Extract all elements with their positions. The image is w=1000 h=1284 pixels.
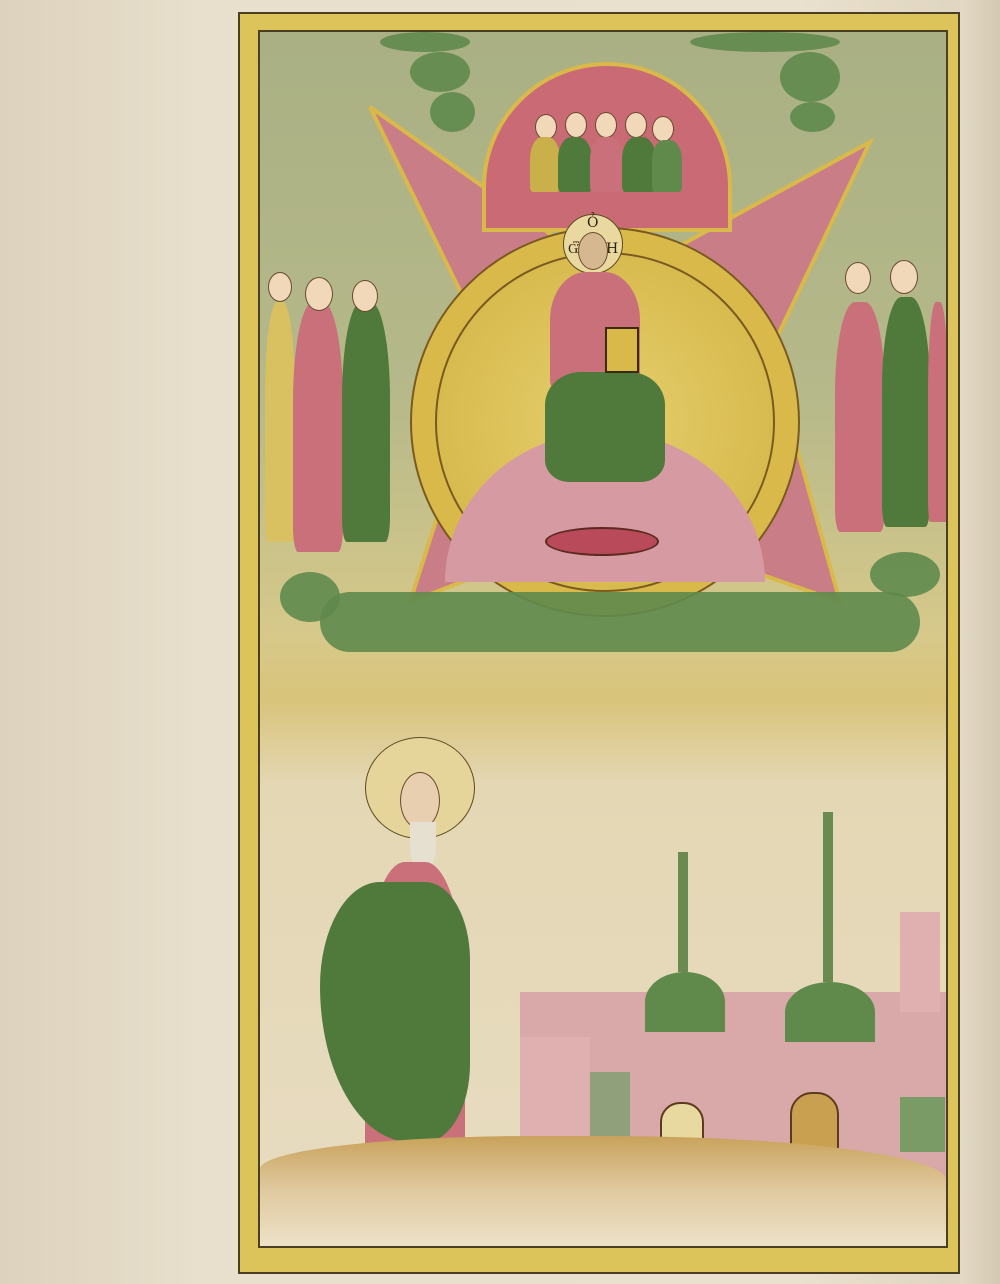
robe <box>622 137 656 192</box>
figure-head <box>595 112 617 138</box>
page-edge <box>960 0 1000 1284</box>
christ-head <box>578 232 608 270</box>
robe <box>928 302 948 522</box>
robe <box>882 297 930 527</box>
figure-head <box>845 262 871 294</box>
robe <box>590 137 624 192</box>
robe <box>558 137 592 192</box>
saint-mantle <box>320 882 470 1142</box>
tower <box>900 912 940 1012</box>
cloud-band <box>320 592 920 652</box>
figure-head <box>652 116 674 142</box>
figure-head <box>625 112 647 138</box>
footstool <box>545 527 659 556</box>
gospel-book <box>605 327 639 373</box>
cloud <box>780 52 840 102</box>
cloud <box>870 552 940 597</box>
figure-head <box>305 277 333 311</box>
figure-head <box>352 280 378 312</box>
spire <box>823 812 833 982</box>
spire <box>678 852 688 972</box>
cloud <box>380 32 470 52</box>
robe <box>265 302 295 542</box>
roof <box>900 1097 945 1152</box>
figure-head <box>565 112 587 138</box>
illumination-panel: Ỏ Ѿ Н <box>258 30 948 1248</box>
figure-head <box>890 260 918 294</box>
ground <box>260 1136 946 1246</box>
cloud <box>690 32 840 52</box>
inscription-letter: Ỏ <box>587 215 598 231</box>
robe <box>342 302 390 542</box>
christ-mantle <box>545 372 665 482</box>
cloud <box>410 52 470 92</box>
robe <box>293 302 343 552</box>
figure-head <box>268 272 292 302</box>
saint-head <box>400 772 440 829</box>
robe <box>530 137 560 192</box>
robe <box>652 140 682 192</box>
robe <box>835 302 885 532</box>
dome <box>785 982 875 1042</box>
dome <box>645 972 725 1032</box>
